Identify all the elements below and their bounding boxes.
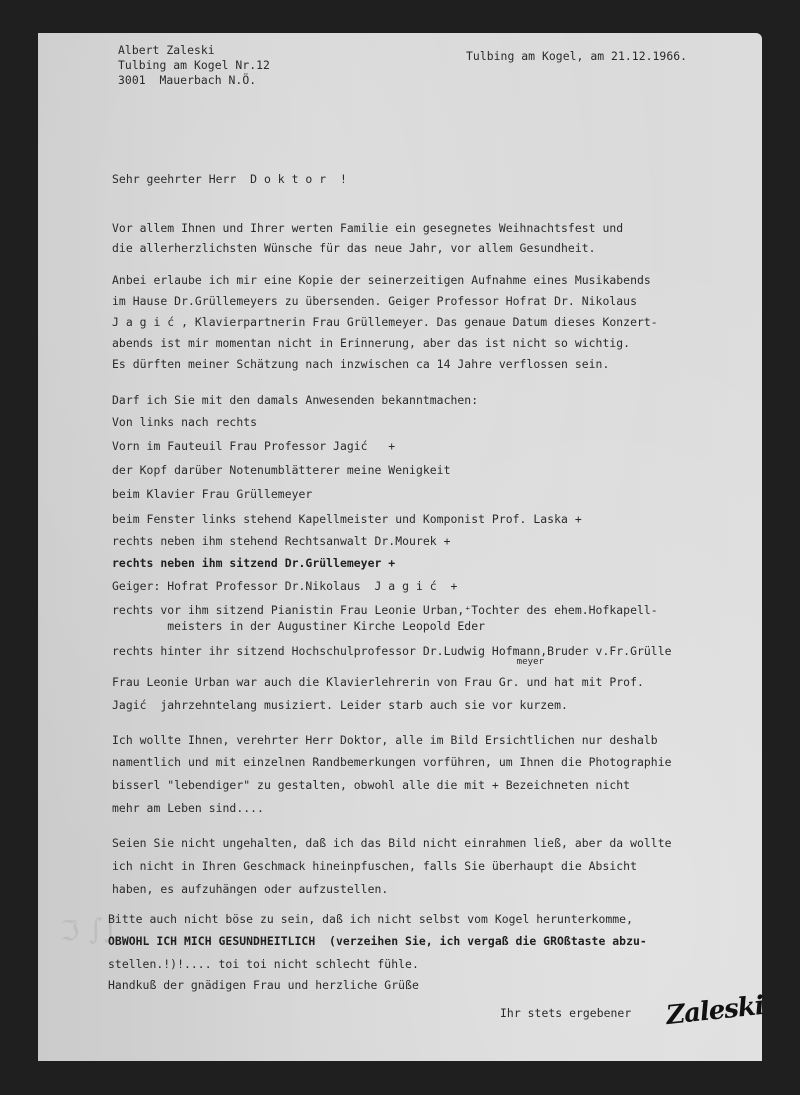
paragraph-2-line: abends ist mir momentan nicht in Erinner… xyxy=(112,336,630,350)
paragraph-2-line: Es dürften meiner Schätzung nach inzwisc… xyxy=(112,357,609,371)
attendee-list-line: beim Fenster links stehend Kapellmeister… xyxy=(112,512,582,526)
paragraph-3-intro: Darf ich Sie mit den damals Anwesenden b… xyxy=(112,393,478,407)
paragraph-5-line: Ich wollte Ihnen, verehrter Herr Doktor,… xyxy=(112,733,658,747)
attendee-list-line: rechts vor ihm sitzend Pianistin Frau Le… xyxy=(112,603,658,617)
attendee-list-line: rechts neben ihm stehend Rechtsanwalt Dr… xyxy=(112,534,450,548)
sender-name: Albert Zaleski xyxy=(118,43,215,57)
paragraph-7-line: Bitte auch nicht böse zu sein, daß ich n… xyxy=(108,912,633,926)
paragraph-5-line: mehr am Leben sind.... xyxy=(112,801,264,815)
attendee-list-line: der Kopf darüber Notenumblätterer meine … xyxy=(112,463,450,477)
attendee-list-line: beim Klavier Frau Grüllemeyer xyxy=(112,487,312,501)
attendee-list-line: Geiger: Hofrat Professor Dr.Nikolaus J a… xyxy=(112,579,457,593)
attendee-list-line: Von links nach rechts xyxy=(112,415,257,429)
paragraph-4-line: Jagić jahrzehntelang musiziert. Leider s… xyxy=(112,698,568,712)
handwritten-signature: Zaleski xyxy=(665,991,762,1031)
attendee-list-line: Vorn im Fauteuil Frau Professor Jagić + xyxy=(112,439,395,453)
paragraph-6-line: haben, es aufzuhängen oder aufzustellen. xyxy=(112,882,388,896)
salutation: Sehr geehrter Herr D o k t o r ! xyxy=(112,172,347,186)
letter-page: ℑ ∫∫ Albert Zaleski Tulbing am Kogel Nr.… xyxy=(38,33,762,1061)
paragraph-5-line: namentlich und mit einzelnen Randbemerku… xyxy=(112,755,672,769)
paragraph-1-line: die allerherzlichsten Wünsche für das ne… xyxy=(112,241,596,255)
paragraph-5-line: bisserl "lebendiger" zu gestalten, obwoh… xyxy=(112,778,630,792)
paragraph-2-line: J a g i ć , Klavierpartnerin Frau Grülle… xyxy=(112,315,658,329)
attendee-list-line: meisters in der Augustiner Kirche Leopol… xyxy=(112,619,485,633)
paragraph-6-line: Seien Sie nicht ungehalten, daß ich das … xyxy=(112,836,672,850)
sender-address-line1: Tulbing am Kogel Nr.12 xyxy=(118,58,270,72)
sender-address-line2: 3001 Mauerbach N.Ö. xyxy=(118,73,256,87)
attendee-list-line: rechts neben ihm sitzend Dr.Grüllemeyer … xyxy=(112,556,402,570)
paragraph-7-line: stellen.!)!.... toi toi nicht schlecht f… xyxy=(108,957,419,971)
paragraph-2-line: im Hause Dr.Grüllemeyers zu übersenden. … xyxy=(112,294,637,308)
paragraph-1-line: Vor allem Ihnen und Ihrer werten Familie… xyxy=(112,221,623,235)
attendee-list-line: meyer xyxy=(112,655,544,669)
paragraph-4-line: Frau Leonie Urban war auch die Klavierle… xyxy=(112,675,644,689)
closing: Ihr stets ergebener xyxy=(500,1006,631,1020)
place-date: Tulbing am Kogel, am 21.12.1966. xyxy=(466,49,687,63)
paragraph-7-line: OBWOHL ICH MICH GESUNDHEITLICH (verzeihe… xyxy=(108,934,647,948)
paragraph-2-line: Anbei erlaube ich mir eine Kopie der sei… xyxy=(112,273,651,287)
paragraph-6-line: ich nicht in Ihren Geschmack hineinpfusc… xyxy=(112,859,637,873)
paragraph-7-line: Handkuß der gnädigen Frau und herzliche … xyxy=(108,978,419,992)
